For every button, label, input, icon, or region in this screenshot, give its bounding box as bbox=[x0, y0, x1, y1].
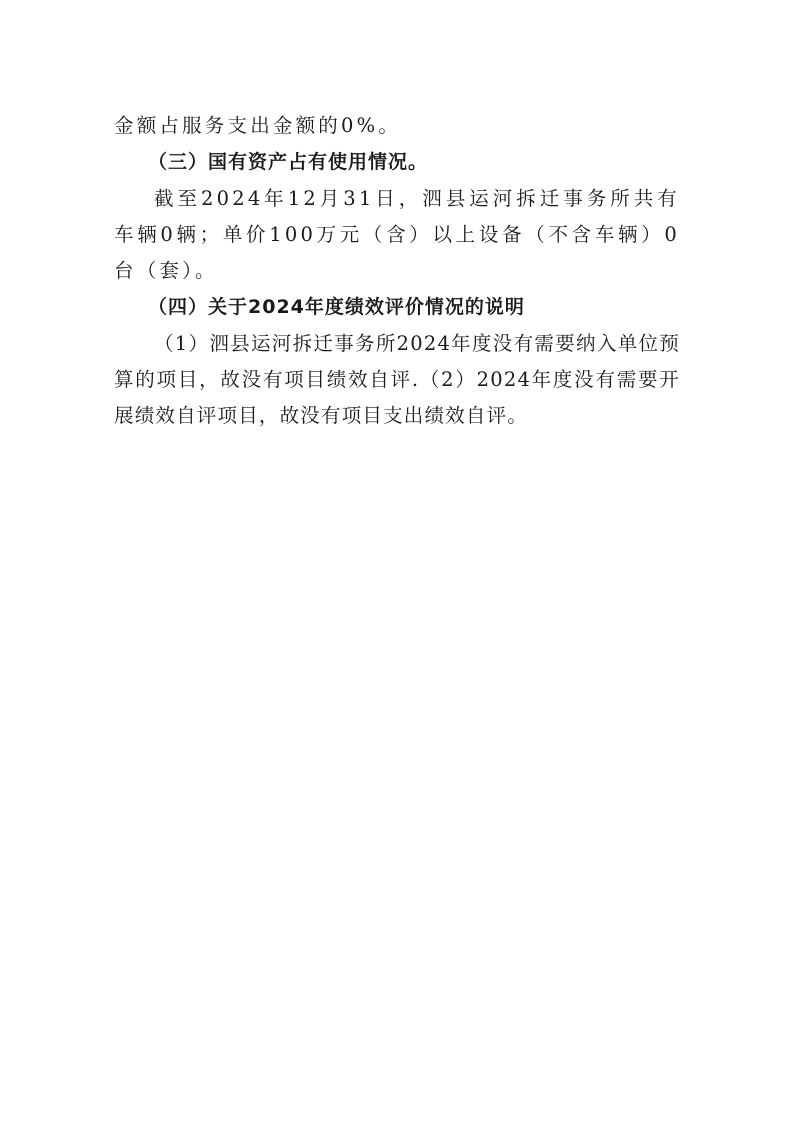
paragraph-state-assets: 截至2024年12月31日，泗县运河拆迁事务所共有车辆0辆；单价100万元（含）… bbox=[114, 181, 680, 290]
paragraph-service-expense-ratio: 金额占服务支出金额的0%。 bbox=[114, 108, 680, 144]
heading-state-assets: （三）国有资产占有使用情况。 bbox=[114, 144, 680, 180]
document-page: 金额占服务支出金额的0%。 （三）国有资产占有使用情况。 截至2024年12月3… bbox=[114, 108, 680, 435]
heading-performance-evaluation: （四）关于2024年度绩效评价情况的说明 bbox=[114, 289, 680, 325]
paragraph-performance-evaluation: （1）泗县运河拆迁事务所2024年度没有需要纳入单位预算的项目，故没有项目绩效自… bbox=[114, 326, 680, 435]
